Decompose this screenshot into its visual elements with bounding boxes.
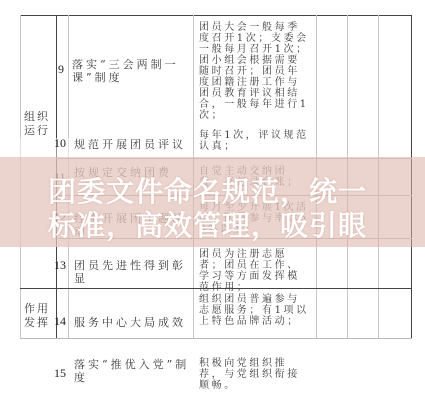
row-13-description: 团员为注册志愿者；团员在工作、学习等方面发挥模范作用； [199, 249, 311, 293]
row-14-description: 组织团员普遍参与志愿服务；有1项以上特色品牌活动； [199, 294, 311, 327]
overlay-title-line-2: 标准，高效管理，吸引眼 [48, 204, 425, 244]
row-10-description: 每年1次，评议规范认真； [199, 130, 311, 152]
document-page: 组织运行 作用发挥 9 落实“三会两制一课”制度 团员大会一般每季度召开1次；支… [0, 0, 425, 400]
row-15-num: 15 [54, 366, 66, 381]
row-9-num: 9 [58, 62, 64, 77]
row-13-item: 团员先进性得到彰显 [74, 259, 192, 285]
row-15-item: 落实“推优入党”制度 [74, 358, 192, 384]
table-top-border [20, 15, 412, 16]
col-line-category [56, 15, 57, 138]
category-org-operation: 组织运行 [18, 110, 56, 138]
col-line-num [68, 15, 69, 138]
row-9-description: 团员大会一般每季度召开1次；支委会一般每月召开1次；团小组会根据需要随时召开；团… [199, 22, 311, 121]
col-line-num-lower [68, 247, 69, 339]
row-13-num: 13 [54, 258, 66, 273]
row-14-num: 14 [54, 314, 66, 329]
row-10-num: 10 [54, 136, 66, 151]
category-role-play: 作用发挥 [18, 302, 56, 330]
table-bottom [20, 338, 412, 339]
row-10-item: 规范开展团员评议 [74, 138, 192, 151]
row-15-description: 积极向党组织推荐，与党组织衔接顺畅。 [199, 358, 311, 391]
row-14-item: 服务中心大局成效 [74, 316, 192, 329]
row-9-item: 落实“三会两制一课”制度 [72, 58, 190, 84]
